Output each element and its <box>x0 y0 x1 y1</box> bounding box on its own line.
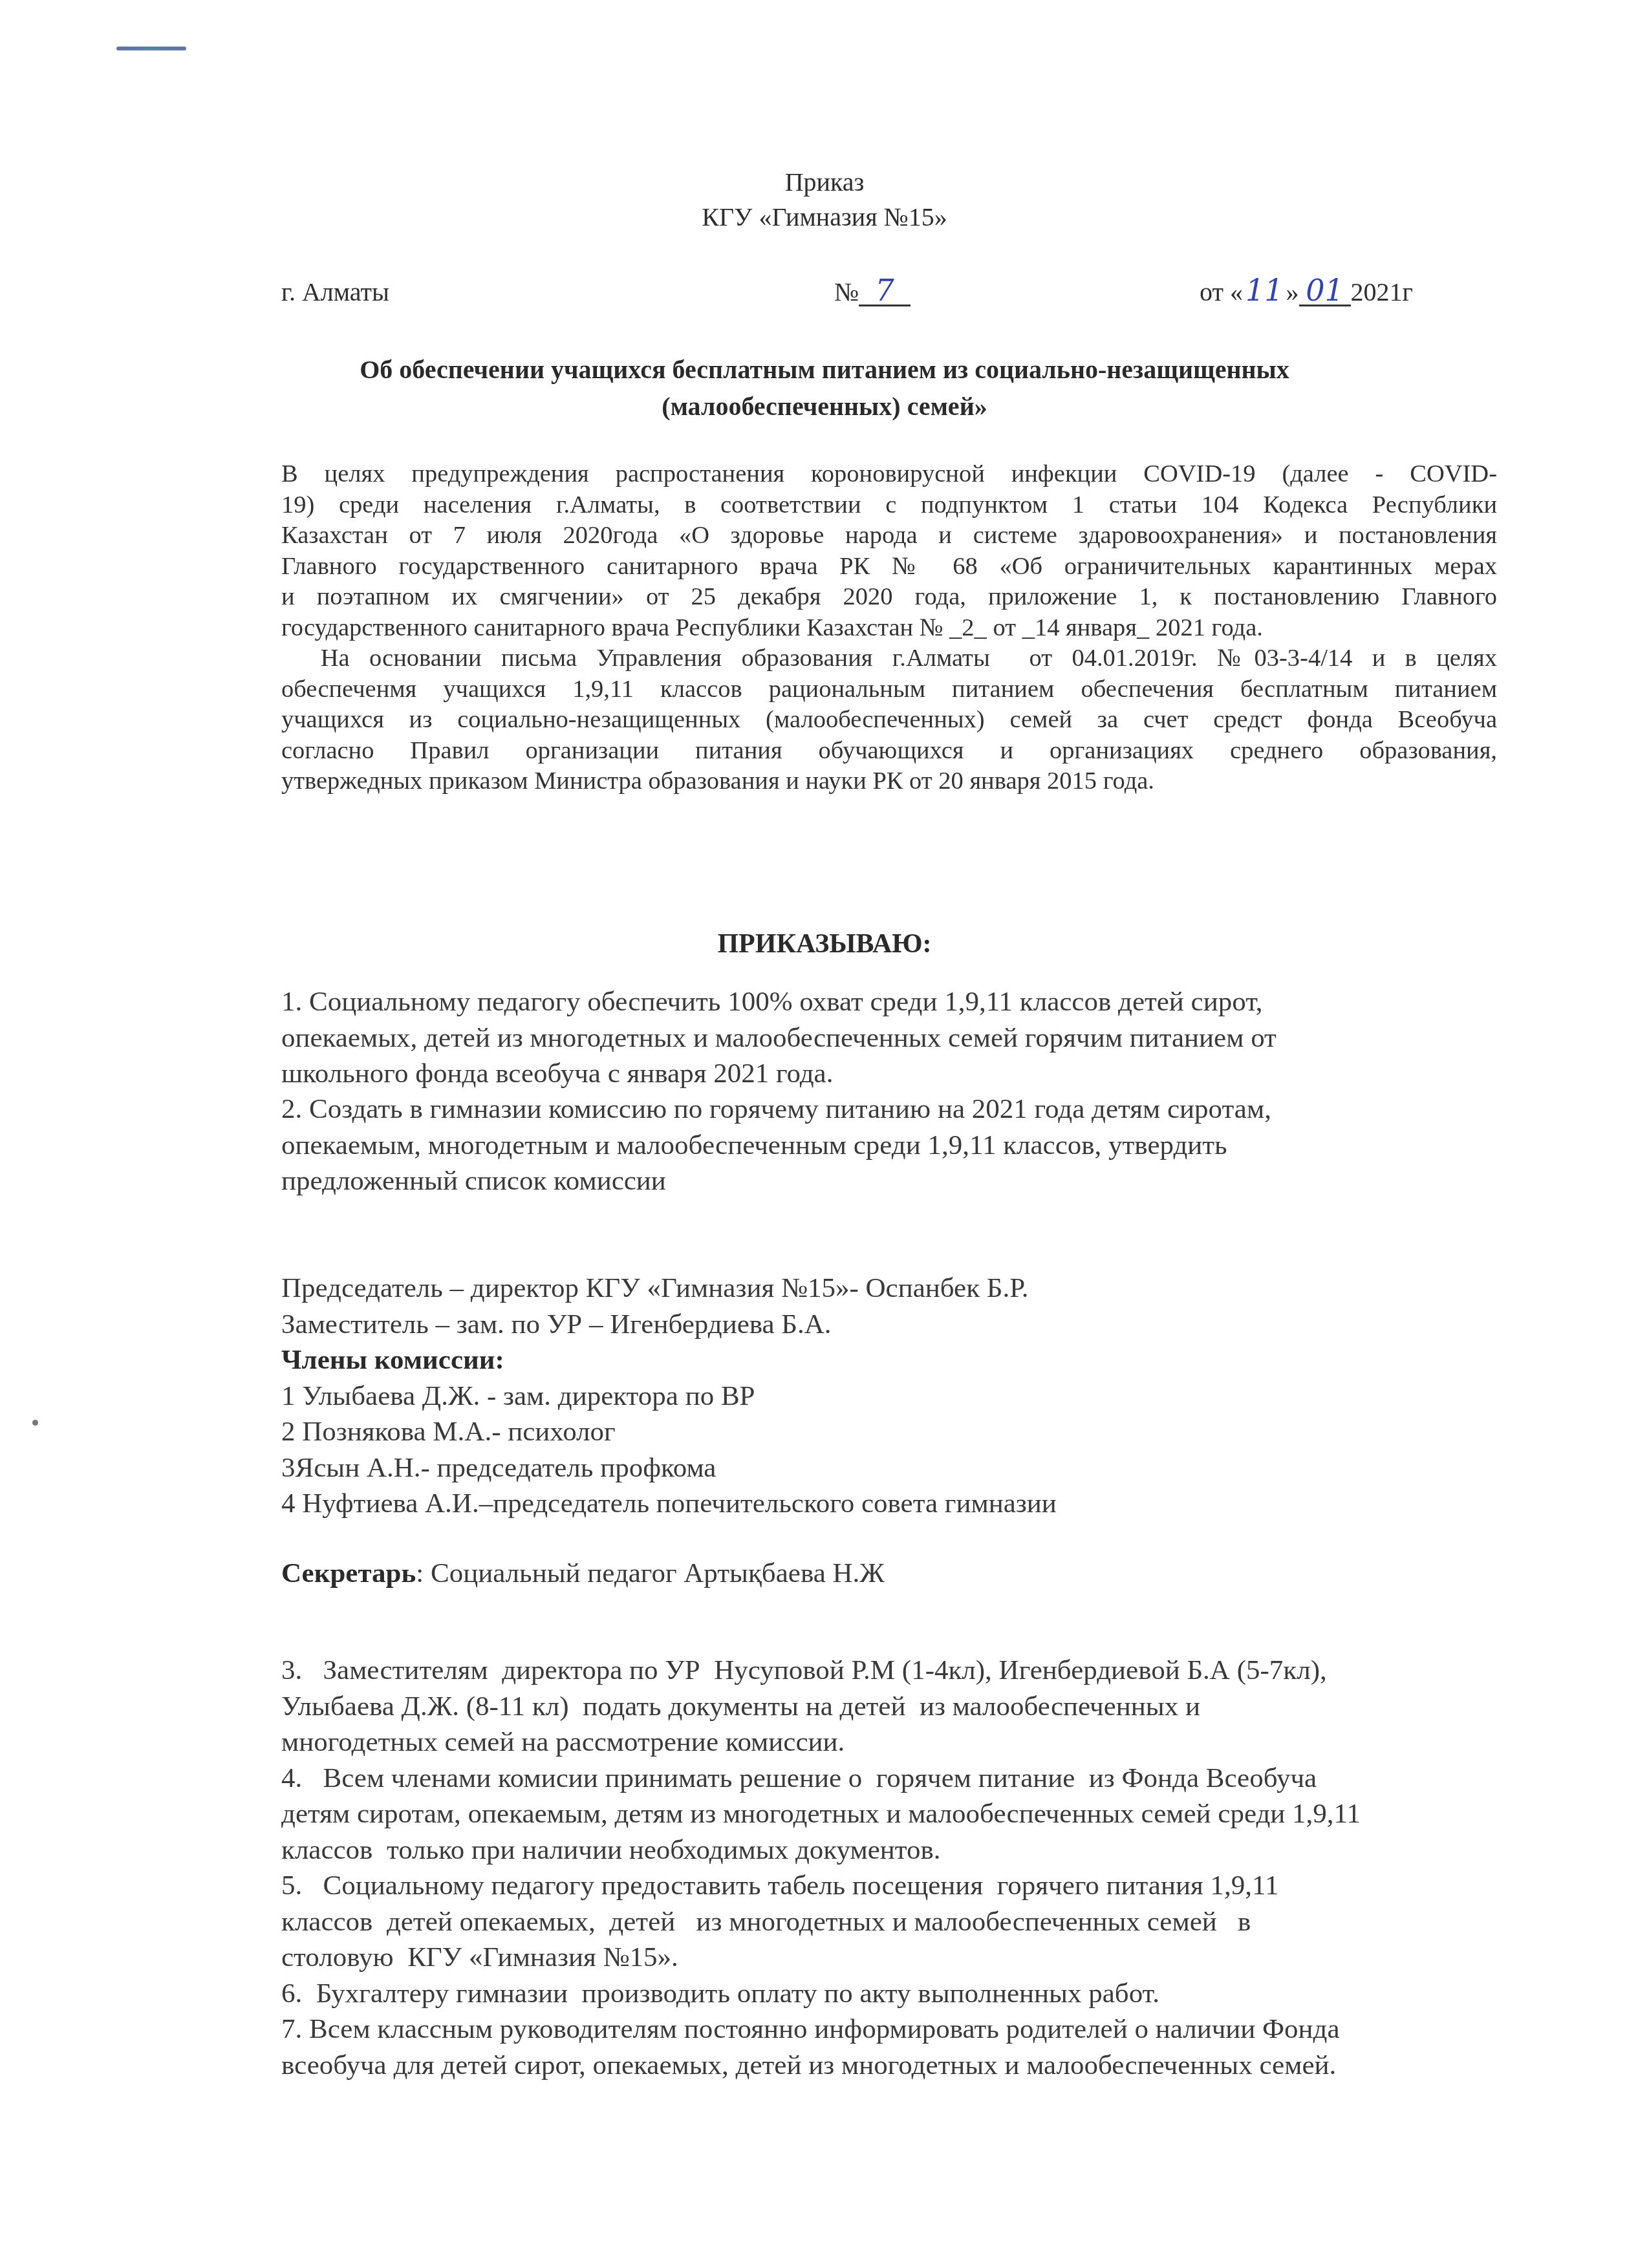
commission-member: 4 Нуфтиева А.И.–председатель попечительс… <box>281 1486 1510 1522</box>
order-number: №7 <box>834 275 911 309</box>
date-prefix: от « <box>1200 277 1243 306</box>
secretary-text: : Социальный педагог Артықбаева Н.Ж <box>416 1558 885 1589</box>
organization-name: КГУ «Гимназия №15» <box>0 200 1649 234</box>
order-line: детям сиротам, опекаемым, детям из много… <box>281 1796 1510 1832</box>
intro-line: государственного санитарного врача Респу… <box>281 613 1497 644</box>
intro-line: утвержедных приказом Министра образовани… <box>281 766 1497 797</box>
secretary-line: Секретарь: Социальный педагог Артықбаева… <box>281 1556 1510 1592</box>
order-line: школьного фонда всеобуча с января 2021 г… <box>281 1056 1510 1092</box>
intro-line: Казахстан от 7 июля 2020года «О здоровье… <box>281 520 1497 551</box>
commission-member: 2 Познякова М.А.- психолог <box>281 1414 1510 1450</box>
order-line: всеобуча для детей сирот, опекаемых, дет… <box>281 2048 1510 2084</box>
intro-line: В целях предупреждения распростанения ко… <box>281 459 1497 490</box>
order-item-2: 2. Создать в гимназии комиссию по горяче… <box>281 1091 1510 1199</box>
intro-line: 19) среди населения г.Алматы, в соответс… <box>281 490 1497 521</box>
document-type-heading: Приказ <box>0 166 1649 199</box>
order-item-1: 1. Социальному педагогу обеспечить 100% … <box>281 984 1510 1092</box>
commission-members-label: Члены комиссии: <box>281 1342 1510 1378</box>
commission-member: 3Ясын А.Н.- председатель профкома <box>281 1450 1510 1486</box>
intro-line: согласно Правил организации питания обуч… <box>281 736 1497 767</box>
order-line: классов детей опекаемых, детей из многод… <box>281 1904 1510 1940</box>
order-line: 4. Всем членами комисии принимать решени… <box>281 1760 1510 1797</box>
order-line: 5. Социальному педагогу предоставить таб… <box>281 1868 1510 1904</box>
order-date: от «11»012021г <box>1200 275 1413 309</box>
scan-artifact-mark <box>116 47 186 50</box>
scan-artifact-dot <box>32 1420 38 1426</box>
commission-deputy: Заместитель – зам. по УР – Игенбердиева … <box>281 1307 1510 1343</box>
intro-line: и поэтапном их смягчении» от 25 декабря … <box>281 582 1497 613</box>
order-line: 6. Бухгалтеру гимназии производить оплат… <box>281 1976 1510 2012</box>
handwritten-month: 01 <box>1299 276 1351 306</box>
intro-line: На основании письма Управления образован… <box>281 643 1497 674</box>
order-line: классов только при наличии необходимых д… <box>281 1832 1510 1868</box>
secretary-label: Секретарь <box>281 1558 416 1589</box>
order-line: столовую КГУ «Гимназия №15». <box>281 1940 1510 1976</box>
intro-line: Главного государственного санитарного вр… <box>281 551 1497 583</box>
order-line: 3. Заместителям директора по УР Нусупово… <box>281 1653 1510 1689</box>
handwritten-order-number: 7 <box>859 276 911 306</box>
document-title-line-2: (малообеспеченных) семей» <box>0 390 1649 423</box>
city: г. Алматы <box>281 275 389 309</box>
order-line: Улыбаева Д.Ж. (8-11 кл) подать документы… <box>281 1689 1510 1725</box>
commission-chairman: Председатель – директор КГУ «Гимназия №1… <box>281 1270 1510 1307</box>
order-line: 1. Социальному педагогу обеспечить 100% … <box>281 984 1510 1020</box>
order-items-3-to-7: 3. Заместителям директора по УР Нусупово… <box>281 1653 1510 2083</box>
commission-member: 1 Улыбаева Д.Ж. - зам. директора по ВР <box>281 1378 1510 1415</box>
commission-list: Председатель – директор КГУ «Гимназия №1… <box>281 1270 1510 1522</box>
date-year: 2021г <box>1351 277 1413 306</box>
order-heading: ПРИКАЗЫВАЮ: <box>0 927 1649 961</box>
intro-line: учащихся из социально-незащищенных (мало… <box>281 705 1497 736</box>
intro-line: обеспеченмя учащихся 1,9,11 классов раци… <box>281 674 1497 705</box>
commission-secretary: Секретарь: Социальный педагог Артықбаева… <box>281 1556 1510 1592</box>
order-line: многодетных семей на рассмотрение комисс… <box>281 1724 1510 1760</box>
order-line: 2. Создать в гимназии комиссию по горяче… <box>281 1091 1510 1128</box>
intro-paragraph: В целях предупреждения распростанения ко… <box>281 459 1497 797</box>
handwritten-day: 11 <box>1243 276 1286 305</box>
order-line: предложенный список комиссии <box>281 1163 1510 1199</box>
document-title-line-1: Об обеспечении учащихся бесплатным питан… <box>0 353 1649 387</box>
order-line: опекаемых, детей из многодетных и малооб… <box>281 1020 1510 1056</box>
order-line: 7. Всем классным руководителям постоянно… <box>281 2011 1510 2048</box>
number-sign: № <box>834 277 859 306</box>
order-line: опекаемым, многодетным и малообеспеченны… <box>281 1128 1510 1164</box>
date-mid: » <box>1286 277 1299 306</box>
